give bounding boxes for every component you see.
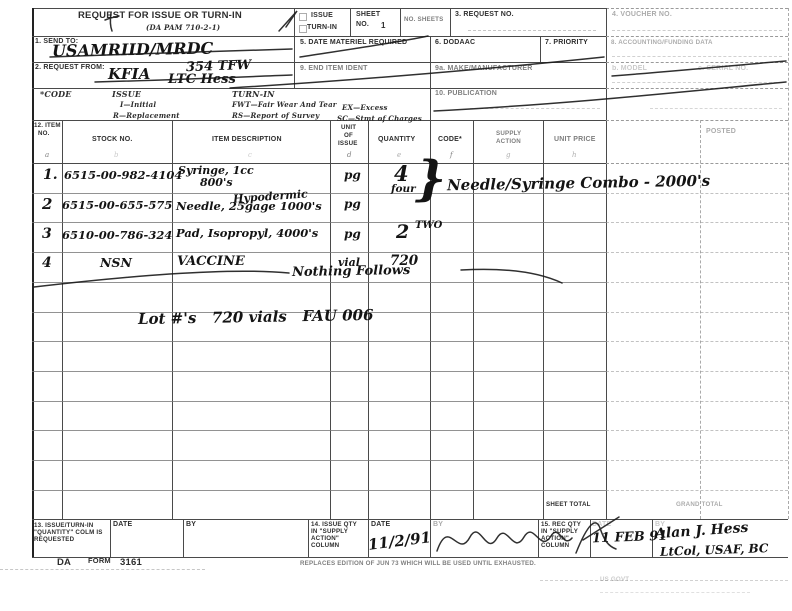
approver-name: Alan J. Hess — [655, 521, 749, 541]
sheet-total-label: SHEET TOTAL — [546, 501, 591, 508]
line — [600, 592, 750, 593]
line — [606, 163, 788, 164]
code-ex: EX—Excess — [342, 104, 388, 112]
line — [606, 8, 607, 519]
block13-date-label: DATE — [113, 521, 132, 529]
row4-desc: VACCINE — [177, 255, 245, 268]
line — [32, 62, 606, 63]
no-sheets-label: NO. SHEETS — [404, 16, 446, 23]
blank-field-line — [612, 82, 782, 83]
col-letter-b: b — [114, 151, 119, 159]
col-letter-h: h — [572, 151, 577, 159]
col-supply-label2: ACTION — [496, 138, 521, 145]
border-top-faded — [606, 8, 788, 9]
block14-by-label: BY — [433, 521, 443, 529]
row-line — [32, 341, 606, 342]
col-letter-g: g — [506, 151, 511, 159]
col-price-label: UNIT PRICE — [554, 136, 596, 144]
row1-qty: 4 — [394, 163, 409, 184]
blank-field-line — [470, 108, 600, 109]
table-top — [32, 120, 606, 121]
da-form-3161-scan: REQUEST FOR ISSUE OR TURN-IN (DA PAM 710… — [0, 0, 792, 611]
code-sc: SC—Stmt of Charges — [337, 115, 422, 123]
col-desc-label: ITEM DESCRIPTION — [212, 136, 282, 144]
col-letter-d: d — [347, 151, 352, 159]
line — [590, 519, 591, 557]
form-subtitle: (DA PAM 710-2-1) — [146, 24, 220, 32]
code-r-replacement: R—Replacement — [113, 112, 180, 120]
table-bottom — [32, 519, 788, 520]
block14-date-value: 11/2/91 — [367, 530, 432, 553]
block15-date-label: DATE — [592, 521, 611, 529]
row2-desc: Needle, 25gage 1000's — [176, 201, 322, 213]
line — [540, 580, 788, 581]
request-from-label: 2. REQUEST FROM: — [35, 64, 105, 72]
model-label: b. MODEL — [612, 65, 647, 73]
code-i-initial: I—Initial — [120, 101, 156, 109]
border-right — [788, 8, 789, 519]
turnin-checkbox — [299, 25, 307, 33]
row2-stock: 6515-00-655-575 — [62, 200, 172, 212]
sheet-no-value: 1 — [381, 21, 386, 30]
row-line — [32, 401, 606, 402]
priority-label: 7. PRIORITY — [545, 39, 588, 47]
col-letter-a: a — [45, 151, 49, 159]
border-top — [32, 8, 606, 9]
qty-brace: } — [415, 155, 446, 203]
line — [538, 519, 539, 557]
line — [540, 36, 541, 62]
row2-item-no: 2 — [42, 197, 52, 212]
col-letter-c: c — [248, 151, 252, 159]
line — [110, 519, 111, 557]
row4-stock: NSN — [100, 257, 132, 270]
sheet-no-label: NO. — [356, 21, 369, 29]
row-line — [32, 282, 606, 283]
col-unit-label: UNIT — [341, 124, 356, 131]
send-to-value: USAMRIID/MRDC — [52, 41, 213, 60]
request-from-loc: KFIA — [108, 67, 150, 82]
line — [294, 8, 295, 88]
row-line-faded — [606, 193, 788, 194]
block15-label: 15. REC QTY IN "SUPPLY ACTION" COLUMN — [541, 521, 587, 550]
line — [430, 36, 431, 519]
col-unit-label2: OF — [344, 132, 353, 139]
col-stock-label: STOCK NO. — [92, 136, 133, 144]
col-supply-label: SUPPLY — [496, 130, 521, 137]
col-qty-label: QUANTITY — [378, 136, 415, 144]
row1-stock: 6515-00-982-4104 — [64, 170, 182, 182]
date-materiel-label: 5. DATE MATERIEL REQUIRED — [300, 39, 407, 47]
block14-date-label: DATE — [371, 521, 390, 529]
voucher-no-label: 4. VOUCHER NO. — [612, 11, 672, 19]
row-line — [32, 430, 606, 431]
blank-field-line — [612, 30, 782, 31]
request-no-label: 3. REQUEST NO. — [455, 11, 514, 19]
col-item-no-label: 12. ITEM — [34, 122, 61, 129]
row-line-faded — [606, 430, 788, 431]
row-line — [32, 490, 606, 491]
row4-item-no: 4 — [42, 256, 52, 270]
combo-note: Needle/Syringe Combo - 2000's — [447, 174, 710, 194]
serial-label: c. SERIAL NO. — [698, 65, 748, 73]
code-rs: RS—Report of Survey — [232, 112, 319, 120]
row-line-faded — [606, 252, 788, 253]
nothing-follows: Nothing Follows — [292, 264, 410, 279]
row-line — [32, 252, 606, 253]
row1-desc: Syringe, 1cc — [178, 165, 254, 176]
gpo-note: US GOVT — [600, 576, 629, 583]
row1-unit: pg — [344, 169, 361, 181]
blank-field-line — [650, 108, 782, 109]
row1-desc2: 800's — [200, 177, 233, 188]
line — [0, 569, 205, 570]
row-line-faded — [606, 222, 788, 223]
row-line-faded — [606, 371, 788, 372]
sheet-label: SHEET — [356, 11, 380, 19]
end-item-label: 9. END ITEM IDENT — [300, 65, 368, 73]
publication-label: 10. PUBLICATION — [435, 90, 497, 98]
row-line — [32, 193, 606, 194]
row-line-faded — [606, 312, 788, 313]
line — [183, 519, 184, 557]
row3-unit: pg — [344, 228, 361, 240]
row-line-faded — [606, 282, 788, 283]
line — [606, 88, 788, 89]
col-unit-label3: ISSUE — [338, 140, 358, 147]
dodaac-label: 6. DODAAC — [435, 39, 475, 47]
line — [32, 36, 606, 37]
row3-item-no: 3 — [42, 227, 52, 241]
row-line — [32, 222, 606, 223]
col-letter-f: f — [450, 151, 453, 159]
form-word: FORM — [88, 557, 111, 566]
request-from-person: LTC Hess — [168, 73, 236, 86]
col-posted-label: POSTED — [706, 128, 736, 136]
form-title: REQUEST FOR ISSUE OR TURN-IN — [78, 11, 242, 22]
make-label: 9a. MAKE/MANUFACTURER — [435, 65, 533, 73]
row-line — [32, 460, 606, 461]
blank-field-line — [468, 30, 596, 31]
row-line-faded — [606, 341, 788, 342]
code-legend-label: *CODE — [40, 90, 72, 99]
line — [400, 8, 401, 36]
grand-total-label: GRAND TOTAL — [676, 501, 723, 508]
col-item-no-label2: NO. — [38, 130, 50, 137]
row3-desc: Pad, Isopropyl, 4000's — [176, 228, 318, 240]
turnin-label: TURN-IN — [307, 24, 337, 32]
row-line — [32, 371, 606, 372]
nothing-follows-line-right — [461, 269, 562, 283]
replaces-note: REPLACES EDITION OF JUN 73 WHICH WILL BE… — [300, 560, 536, 567]
approver-rank: LtCol, USAF, BC — [660, 542, 769, 558]
code-turnin-label: TURN-IN — [232, 90, 275, 99]
header-bottom — [32, 163, 606, 164]
form-number: 3161 — [120, 558, 142, 569]
col-letter-e: e — [397, 151, 401, 159]
lot-note: Lot #'s 720 vials FAU 006 — [138, 308, 374, 327]
row1-item-no: 1. — [43, 168, 58, 182]
row-line-faded — [606, 401, 788, 402]
issue-label: ISSUE — [311, 12, 333, 20]
blank-field-line — [612, 56, 782, 57]
line — [450, 8, 451, 36]
block13-label: 13. ISSUE/TURN-IN "QUANTITY" COLM IS REQ… — [34, 522, 106, 543]
row-line-faded — [606, 490, 788, 491]
form-da: DA — [57, 558, 71, 569]
row-line-faded — [606, 460, 788, 461]
accounting-label: 8. ACCOUNTING/FUNDING DATA — [611, 39, 741, 46]
row3-qty-word: TWO — [415, 221, 442, 231]
row3-stock: 6510-00-786-324 — [62, 230, 172, 242]
code-fwt: FWT—Fair Wear And Tear — [232, 101, 337, 109]
line — [308, 519, 309, 557]
line — [606, 120, 788, 121]
block14-label: 14. ISSUE QTY IN "SUPPLY ACTION" COLUMN — [311, 521, 365, 550]
issue-checkbox — [299, 13, 307, 21]
block13-by-label: BY — [186, 521, 196, 529]
code-issue-label: ISSUE — [112, 90, 141, 99]
line — [606, 36, 788, 37]
row1-qty-word: four — [391, 184, 416, 195]
col-code-label: CODE* — [438, 136, 462, 144]
nothing-follows-line-left — [34, 271, 289, 287]
line — [350, 8, 351, 36]
row2-unit: pg — [344, 198, 361, 210]
row3-qty: 2 — [396, 223, 409, 242]
line — [606, 62, 788, 63]
